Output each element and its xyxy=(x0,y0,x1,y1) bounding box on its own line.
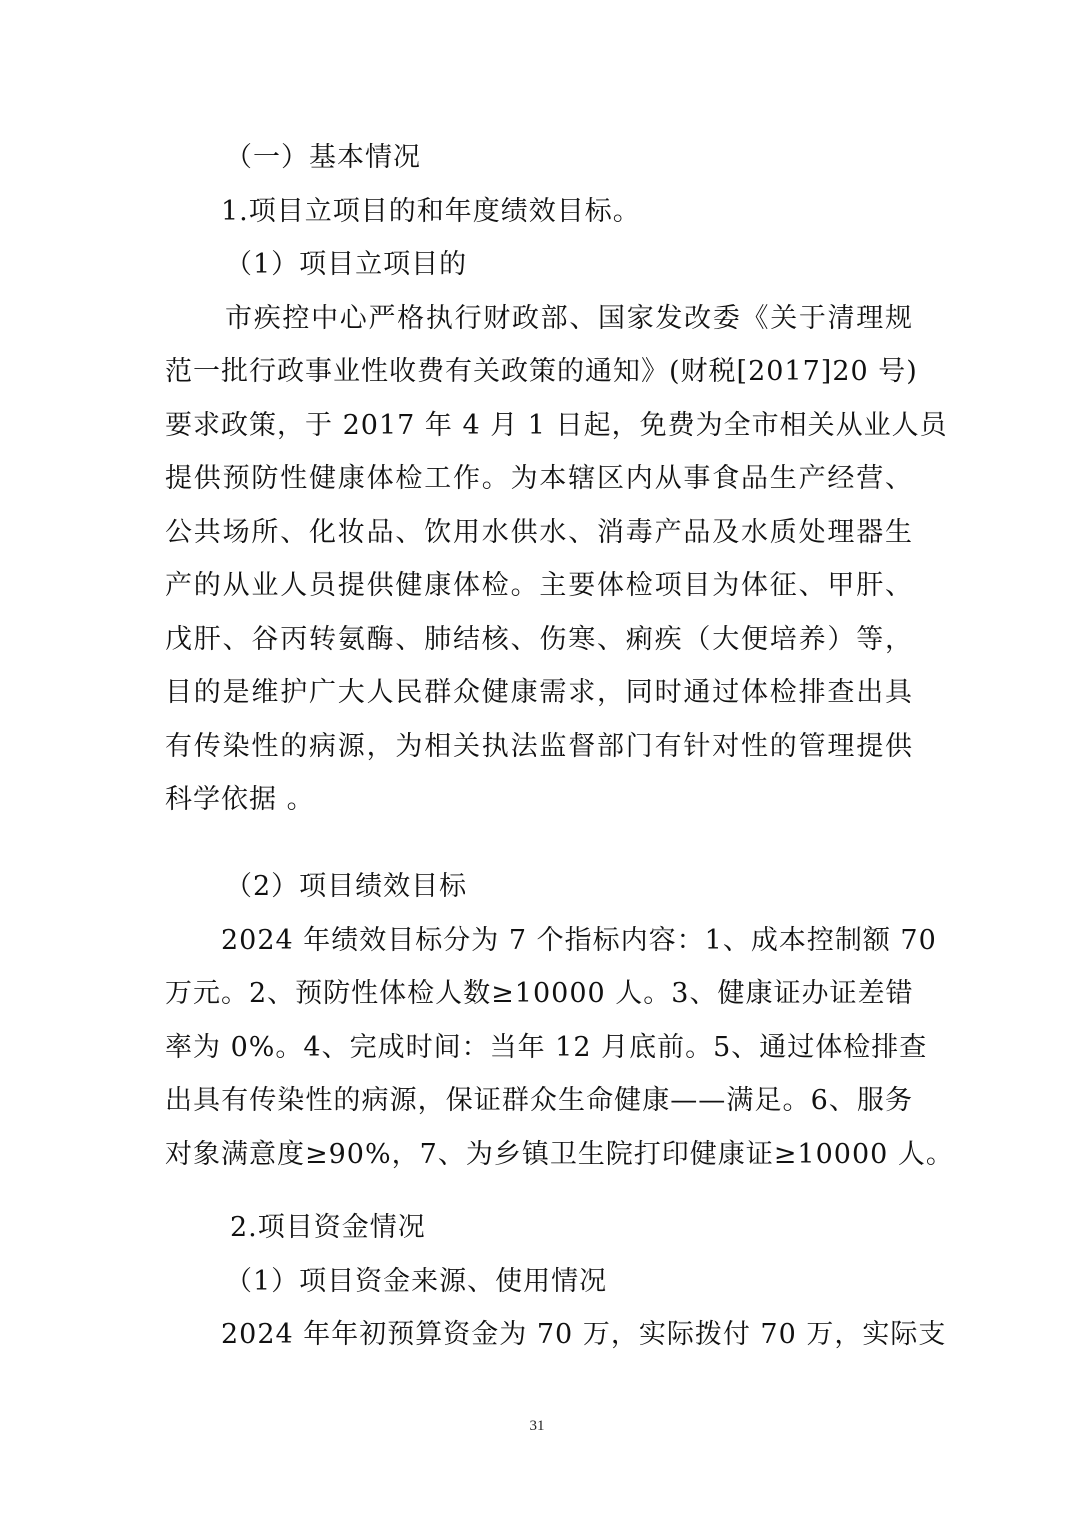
paragraph-line: 提供预防性健康体检工作。为本辖区内从事食品生产经营、 xyxy=(165,459,913,499)
item2-heading: 2.项目资金情况 xyxy=(230,1208,913,1248)
item2-sub1-heading: （1）项目资金来源、使用情况 xyxy=(225,1262,913,1302)
paragraph-line: 要求政策，于 2017 年 4 月 1 日起，免费为全市相关从业人员 xyxy=(165,406,913,446)
paragraph-line: 目的是维护广大人民群众健康需求，同时通过体检排查出具 xyxy=(165,673,913,713)
section-heading: （一）基本情况 xyxy=(225,138,913,178)
paragraph-line: 产的从业人员提供健康体检。主要体检项目为体征、甲肝、 xyxy=(165,566,913,606)
document-page: （一）基本情况 1.项目立项目的和年度绩效目标。 （1）项目立项目的 市疾控中心… xyxy=(0,0,1074,1520)
paragraph-line: 有传染性的病源，为相关执法监督部门有针对性的管理提供 xyxy=(165,727,913,767)
page-number: 31 xyxy=(0,1416,1074,1436)
paragraph-line: 戊肝、谷丙转氨酶、肺结核、伤寒、痢疾（大便培养）等， xyxy=(165,620,913,660)
item1-heading: 1.项目立项目的和年度绩效目标。 xyxy=(221,192,913,232)
paragraph-line: 范一批行政事业性收费有关政策的通知》(财税[2017]20 号) xyxy=(165,352,913,392)
item1-sub2-heading: （2）项目绩效目标 xyxy=(225,867,913,907)
paragraph-line: 2024 年绩效目标分为 7 个指标内容：1、成本控制额 70 xyxy=(221,921,913,961)
paragraph-line: 公共场所、化妆品、饮用水供水、消毒产品及水质处理器生 xyxy=(165,513,913,553)
paragraph-line: 对象满意度≥90%，7、为乡镇卫生院打印健康证≥10000 人。 xyxy=(165,1135,913,1175)
paragraph-line: 出具有传染性的病源，保证群众生命健康——满足。6、服务 xyxy=(165,1081,913,1121)
paragraph-line: 2024 年年初预算资金为 70 万，实际拨付 70 万，实际支 xyxy=(221,1315,913,1355)
item1-sub1-heading: （1）项目立项目的 xyxy=(225,245,913,285)
paragraph-line: 万元。2、预防性体检人数≥10000 人。3、健康证办证差错 xyxy=(165,974,913,1014)
paragraph-line: 科学依据 。 xyxy=(165,780,913,820)
paragraph-line: 率为 0%。4、完成时间：当年 12 月底前。5、通过体检排查 xyxy=(165,1028,913,1068)
paragraph-line: 市疾控中心严格执行财政部、国家发改委《关于清理规 xyxy=(225,299,913,339)
